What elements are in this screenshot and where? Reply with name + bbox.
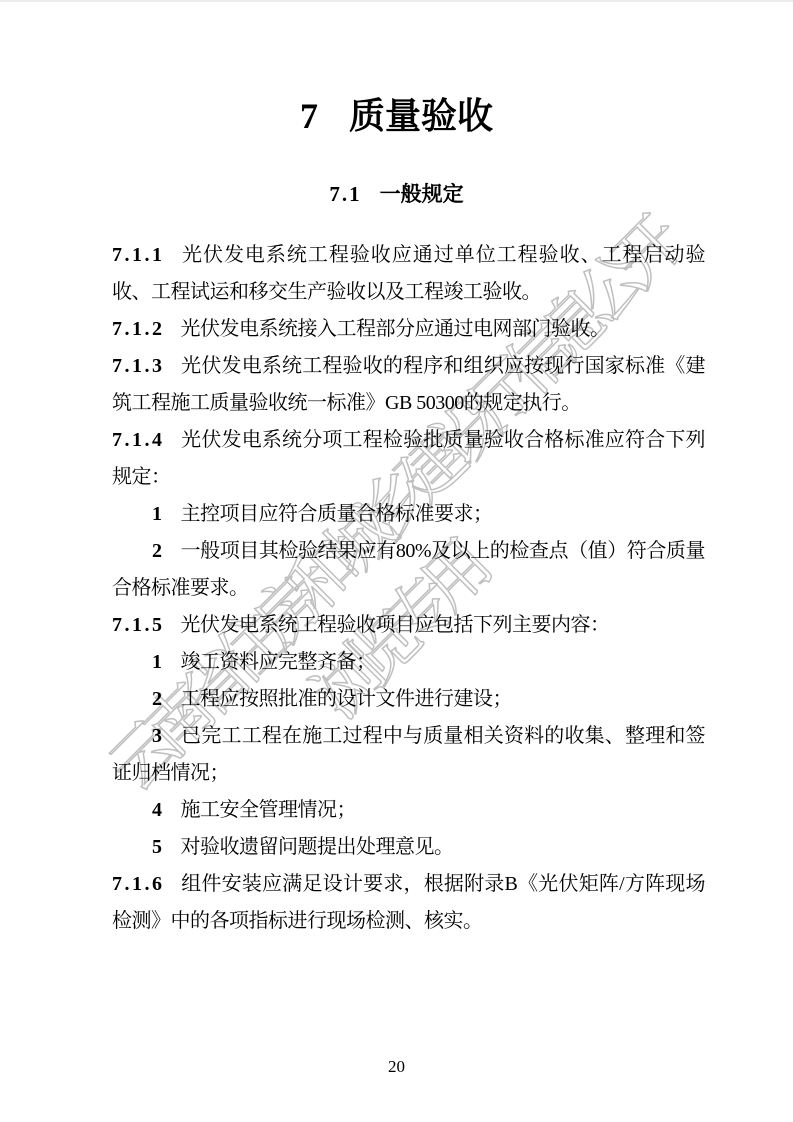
section-title: 7.1一般规定 — [0, 182, 793, 206]
item-number: 3 — [152, 725, 165, 747]
clause-7-1-5: 7.1.5光伏发电系统工程验收项目应包括下列主要内容： — [112, 607, 705, 644]
clause-text: 光伏发电系统工程验收项目应包括下列主要内容： — [181, 614, 610, 636]
item-number: 2 — [152, 540, 165, 562]
clause-7-1-1: 7.1.1光伏发电系统工程验收应通过单位工程验收、工程启动验收、工程试运和移交生… — [112, 237, 705, 311]
clause-7-1-2: 7.1.2光伏发电系统接入工程部分应通过电网部门验收。 — [112, 311, 705, 348]
document-content: 7质量验收 7.1一般规定 7.1.1光伏发电系统工程验收应通过单位工程验收、工… — [0, 96, 793, 940]
clause-7-1-4: 7.1.4光伏发电系统分项工程检验批质量验收合格标准应符合下列规定： — [112, 422, 705, 496]
page-number: 20 — [0, 1057, 793, 1077]
item-number: 1 — [152, 503, 165, 525]
body-text: 7.1.1光伏发电系统工程验收应通过单位工程验收、工程启动验收、工程试运和移交生… — [0, 237, 793, 940]
chapter-number: 7 — [300, 96, 319, 136]
chapter-name: 质量验收 — [349, 96, 493, 136]
item-text: 对验收遗留问题提出处理意见。 — [181, 836, 454, 858]
item-text: 已完工工程在施工过程中与质量相关资料的收集、整理和签证归档情况； — [112, 725, 705, 784]
clause-text: 组件安装应满足设计要求，根据附录B《光伏矩阵/方阵现场检测》中的各项指标进行现场… — [112, 873, 705, 932]
item-number: 1 — [152, 651, 165, 673]
clause-text: 光伏发电系统工程验收的程序和组织应按现行国家标准《建筑工程施工质量验收统一标准》… — [112, 355, 705, 414]
item-text: 主控项目应符合质量合格标准要求； — [181, 503, 493, 525]
item-text: 一般项目其检验结果应有80%及以上的检查点（值）符合质量合格标准要求。 — [112, 540, 705, 599]
clause-text: 光伏发电系统分项工程检验批质量验收合格标准应符合下列规定： — [112, 429, 705, 488]
list-item-1: 1竣工资料应完整齐备； — [112, 644, 705, 681]
list-item-3: 3已完工工程在施工过程中与质量相关资料的收集、整理和签证归档情况； — [112, 718, 705, 792]
list-item-1: 1主控项目应符合质量合格标准要求； — [112, 496, 705, 533]
clause-number: 7.1.5 — [112, 614, 165, 636]
list-item-2: 2工程应按照批准的设计文件进行建设； — [112, 681, 705, 718]
list-item-2: 2一般项目其检验结果应有80%及以上的检查点（值）符合质量合格标准要求。 — [112, 533, 705, 607]
item-text: 施工安全管理情况； — [181, 799, 357, 821]
item-text: 竣工资料应完整齐备； — [181, 651, 376, 673]
clause-number: 7.1.1 — [112, 244, 165, 266]
clause-number: 7.1.4 — [112, 429, 165, 451]
document-page: 云南省住房和城乡建设厅信息公开 浏览专用 7质量验收 7.1一般规定 7.1.1… — [0, 0, 793, 1122]
item-number: 2 — [152, 688, 165, 710]
list-item-5: 5对验收遗留问题提出处理意见。 — [112, 829, 705, 866]
clause-number: 7.1.2 — [112, 318, 165, 340]
section-name: 一般规定 — [380, 182, 464, 206]
clause-text: 光伏发电系统工程验收应通过单位工程验收、工程启动验收、工程试运和移交生产验收以及… — [112, 244, 705, 303]
chapter-title: 7质量验收 — [0, 96, 793, 136]
clause-7-1-3: 7.1.3光伏发电系统工程验收的程序和组织应按现行国家标准《建筑工程施工质量验收… — [112, 348, 705, 422]
item-number: 4 — [152, 799, 165, 821]
clause-7-1-6: 7.1.6组件安装应满足设计要求，根据附录B《光伏矩阵/方阵现场检测》中的各项指… — [112, 866, 705, 940]
list-item-4: 4施工安全管理情况； — [112, 792, 705, 829]
clause-number: 7.1.6 — [112, 873, 165, 895]
clause-text: 光伏发电系统接入工程部分应通过电网部门验收。 — [181, 318, 610, 340]
clause-number: 7.1.3 — [112, 355, 165, 377]
section-number: 7.1 — [329, 182, 361, 206]
item-text: 工程应按照批准的设计文件进行建设； — [181, 688, 513, 710]
item-number: 5 — [152, 836, 165, 858]
